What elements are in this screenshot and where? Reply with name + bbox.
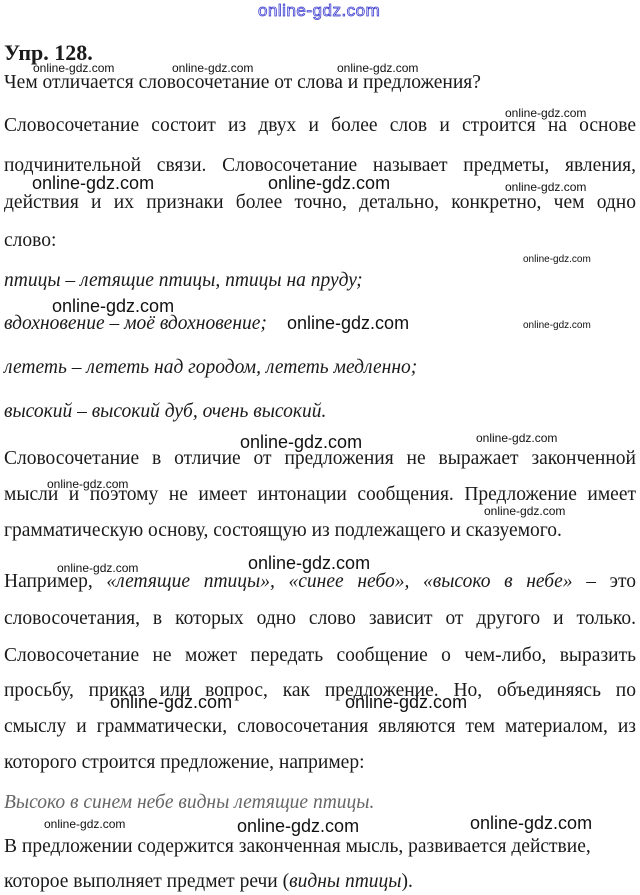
watermark: online-gdz.com: [484, 504, 565, 518]
watermark: online-gdz.com: [237, 816, 359, 837]
text-line: грамматическую основу, состоящую из подл…: [4, 520, 562, 542]
text-plain: – это: [573, 571, 636, 592]
text-line: просьбу, приказ или вопрос, как предложе…: [4, 680, 636, 702]
watermark: online-gdz.com: [287, 313, 409, 334]
question: Чем отличается словосочетание от слова и…: [4, 72, 481, 94]
text-plain: ).: [402, 871, 413, 892]
text-italic: «летящие птицы», «синее небо», «высоко в…: [106, 571, 572, 592]
watermark: online-gdz.com: [110, 692, 232, 713]
watermark: online-gdz.com: [32, 173, 154, 194]
text-line: смыслу и грамматически, словосочетания я…: [4, 716, 636, 738]
text-line: В предложении содержится законченная мыс…: [4, 836, 591, 858]
watermark: online-gdz.com: [33, 61, 114, 75]
watermark: online-gdz.com: [57, 561, 138, 575]
watermark: online-gdz.com: [505, 180, 586, 194]
watermark-top: online-gdz.com: [258, 1, 380, 21]
watermark: online-gdz.com: [523, 254, 591, 265]
text-line: действия и их признаки более точно, дета…: [4, 192, 636, 214]
watermark: online-gdz.com: [248, 553, 370, 574]
text-line: которого строится предложение, например:: [4, 752, 365, 774]
watermark: online-gdz.com: [240, 432, 362, 453]
example-item: лететь – лететь над городом, лететь медл…: [4, 357, 417, 379]
watermark: online-gdz.com: [345, 692, 467, 713]
watermark: online-gdz.com: [470, 813, 592, 834]
example-item: высокий – высокий дуб, очень высокий.: [4, 401, 326, 423]
watermark: online-gdz.com: [44, 817, 125, 831]
watermark: online-gdz.com: [476, 431, 557, 445]
watermark: online-gdz.com: [523, 320, 591, 331]
text-line: слово:: [4, 230, 56, 252]
text-plain: которое выполняет предмет речи (: [4, 871, 289, 892]
text-italic: видны птицы: [289, 871, 401, 892]
example-sentence: Высоко в синем небе видны летящие птицы.: [4, 792, 374, 814]
text-line: которое выполняет предмет речи (видны пт…: [4, 871, 413, 893]
watermark: online-gdz.com: [337, 61, 418, 75]
watermark: online-gdz.com: [52, 296, 174, 317]
watermark: online-gdz.com: [172, 61, 253, 75]
text-line: словосочетания, в которых одно слово зав…: [4, 608, 636, 630]
watermark: online-gdz.com: [47, 477, 128, 491]
watermark: online-gdz.com: [268, 173, 390, 194]
example-item: птицы – летящие птицы, птицы на пруду;: [4, 270, 363, 292]
text-line: Словосочетание не может передать сообщен…: [4, 645, 636, 667]
watermark: online-gdz.com: [505, 106, 586, 120]
